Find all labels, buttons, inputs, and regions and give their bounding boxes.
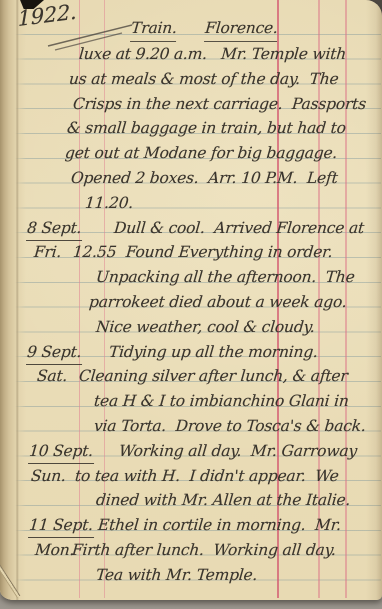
heading-train: Train.	[130, 16, 178, 42]
diary-line: 11.20.	[0, 191, 382, 215]
entry-text: luxe at 9.20 a.m. Mr. Temple with	[78, 42, 347, 66]
entry-text: via Torta. Drove to Tosca's & back.	[93, 414, 367, 438]
entry-text: Crisps in the next carriage. Passports	[72, 92, 367, 116]
diary-line: parrokeet died about a week ago.	[0, 290, 382, 314]
diary-line: Crisps in the next carriage. Passports	[0, 92, 382, 116]
entry-text: Ethel in cortile in morning. Mr.	[97, 513, 342, 537]
diary-line: Unpacking all the afternoon. The	[0, 265, 382, 289]
entry-weekday: Fri.	[33, 240, 62, 264]
entry-text: & small baggage in train, but had to	[66, 116, 347, 140]
entry-date: 11 Sept.	[28, 513, 96, 538]
diary-entry-line: 9 Sept. Tidying up all the morning.	[0, 340, 382, 364]
entry-weekday: Mon.	[34, 538, 75, 562]
entry-date: 9 Sept.	[26, 340, 84, 365]
entry-text: tea H & I to imbianchino Glani in	[93, 389, 350, 413]
diary-entry-line: Mon. Firth after lunch. Working all day.	[0, 538, 382, 562]
entry-text: Tidying up all the morning.	[108, 340, 319, 364]
entry-text: 11.20.	[84, 191, 134, 215]
diary-line: Nice weather, cool & cloudy.	[0, 315, 382, 339]
entry-text: Unpacking all the afternoon. The	[95, 265, 356, 289]
entry-text: to tea with H. I didn't appear. We	[74, 464, 340, 488]
entry-text: Opened 2 boxes. Arr. 10 P.M. Left	[70, 166, 339, 190]
entry-text: Dull & cool. Arrived Florence at	[113, 216, 365, 240]
entry-text: Working all day. Mr. Garroway	[118, 439, 358, 463]
entry-date: 8 Sept.	[26, 216, 84, 241]
diary-line: tea H & I to imbianchino Glani in	[0, 389, 382, 413]
entry-date: 10 Sept.	[28, 439, 96, 464]
entry-text: Tea with Mr. Temple.	[95, 563, 258, 587]
diary-line: dined with Mr. Allen at the Italie.	[0, 488, 382, 512]
diary-line: via Torta. Drove to Tosca's & back.	[0, 414, 382, 438]
diary-entry-line: Fri. 12.55 Found Everything in order.	[0, 240, 382, 264]
diary-line: get out at Modane for big baggage.	[0, 141, 382, 165]
entry-text: get out at Modane for big baggage.	[64, 141, 338, 165]
entry-weekday: Sat.	[36, 364, 68, 388]
diary-entry-line: 11 Sept. Ethel in cortile in morning. Mr…	[0, 513, 382, 537]
entry-text: Cleaning silver after lunch, & after	[78, 364, 349, 388]
diary-page: 1922. Train. Florence. luxe at 9.20 a.m.…	[0, 0, 382, 600]
diary-line: & small baggage in train, but had to	[0, 116, 382, 140]
diary-line: Tea with Mr. Temple.	[0, 563, 382, 587]
entry-weekday: Sun.	[30, 464, 67, 488]
diary-entry-line: Sat. Cleaning silver after lunch, & afte…	[0, 364, 382, 388]
diary-entry-line: 8 Sept. Dull & cool. Arrived Florence at	[0, 216, 382, 240]
entry-text: dined with Mr. Allen at the Italie.	[95, 488, 351, 512]
entry-text: Nice weather, cool & cloudy.	[95, 315, 316, 339]
diary-line: us at meals & most of the day. The	[0, 67, 382, 91]
diary-entry-line: 10 Sept. Working all day. Mr. Garroway	[0, 439, 382, 463]
entry-text: parrokeet died about a week ago.	[88, 290, 348, 314]
entry-text: us at meals & most of the day. The	[68, 67, 340, 91]
heading-florence: Florence.	[204, 16, 279, 42]
scanned-diary-photo: 1922. Train. Florence. luxe at 9.20 a.m.…	[0, 0, 382, 609]
diary-entry-line: Sun. to tea with H. I didn't appear. We	[0, 464, 382, 488]
entry-text: 12.55 Found Everything in order.	[72, 240, 334, 264]
diary-line: Opened 2 boxes. Arr. 10 P.M. Left	[0, 166, 382, 190]
diary-line: luxe at 9.20 a.m. Mr. Temple with	[0, 42, 382, 66]
entry-text: Firth after lunch. Working all day.	[71, 538, 337, 562]
